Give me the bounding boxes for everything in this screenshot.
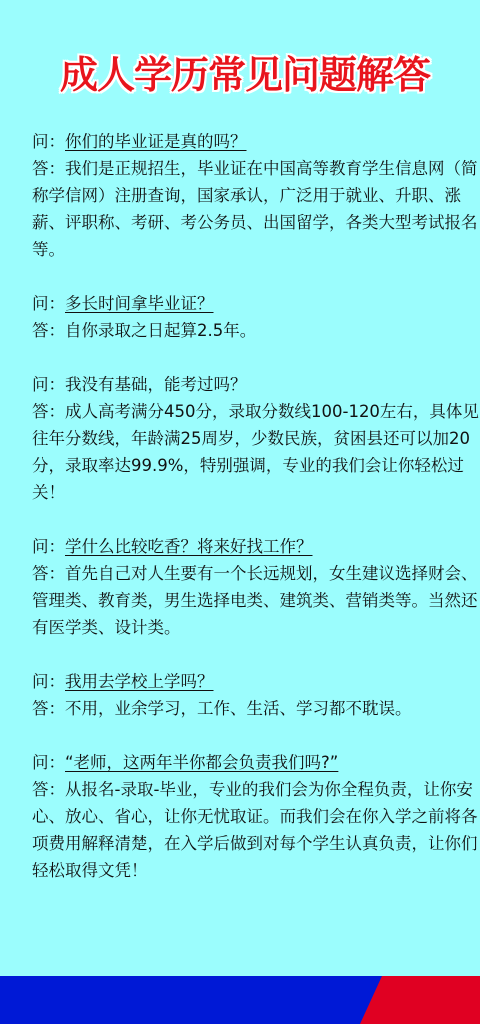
question-prefix: 问： [32, 375, 65, 394]
question-text: 我用去学校上学吗？ [65, 672, 220, 691]
question-prefix: 问： [32, 672, 65, 691]
question-line: 问：“老师，这两年半你都会负责我们吗?” [32, 749, 480, 776]
question-prefix: 问： [32, 132, 65, 151]
answer-line: 答：成人高考满分450分，录取分数线100-120左右，具体见往年分数线，年龄满… [32, 398, 480, 506]
answer-text: 自你录取之日起算2.5年。 [65, 321, 256, 340]
faq-item: 问：我用去学校上学吗？ 答：不用，业余学习，工作、生活、学习都不耽误。 [32, 668, 480, 722]
faq-item: 问：学什么比较吃香？将来好找工作？ 答：首先自己对人生要有一个长远规划，女生建议… [32, 533, 480, 641]
question-text: 多长时间拿毕业证？ [65, 294, 220, 313]
question-line: 问：你们的毕业证是真的吗？ [32, 128, 480, 155]
answer-prefix: 答： [32, 402, 65, 421]
answer-line: 答：我们是正规招生，毕业证在中国高等教育学生信息网（简称学信网）注册查询，国家承… [32, 155, 480, 263]
question-line: 问：我没有基础，能考过吗？ [32, 371, 480, 398]
question-text: 你们的毕业证是真的吗？ [65, 132, 253, 151]
question-text: “老师，这两年半你都会负责我们吗?” [65, 753, 344, 772]
answer-line: 答：不用，业余学习，工作、生活、学习都不耽误。 [32, 695, 480, 722]
answer-text: 首先自己对人生要有一个长远规划，女生建议选择财会、管理类、教育类，男生选择电类、… [32, 564, 478, 637]
faq-item: 问：你们的毕业证是真的吗？ 答：我们是正规招生，毕业证在中国高等教育学生信息网（… [32, 128, 480, 263]
answer-text: 不用，业余学习，工作、生活、学习都不耽误。 [65, 699, 412, 718]
answer-line: 答：从报名-录取-毕业，专业的我们会为你全程负责，让你安心、放心、省心，让你无忧… [32, 776, 480, 884]
question-text: 学什么比较吃香？将来好找工作？ [65, 537, 319, 556]
faq-list: 问：你们的毕业证是真的吗？ 答：我们是正规招生，毕业证在中国高等教育学生信息网（… [32, 128, 480, 911]
answer-prefix: 答： [32, 159, 65, 178]
faq-item: 问：多长时间拿毕业证？ 答：自你录取之日起算2.5年。 [32, 290, 480, 344]
question-prefix: 问： [32, 537, 65, 556]
answer-line: 答：首先自己对人生要有一个长远规划，女生建议选择财会、管理类、教育类，男生选择电… [32, 560, 480, 641]
faq-item: 问：“老师，这两年半你都会负责我们吗?” 答：从报名-录取-毕业，专业的我们会为… [32, 749, 480, 884]
answer-prefix: 答： [32, 564, 65, 583]
answer-text: 我们是正规招生，毕业证在中国高等教育学生信息网（简称学信网）注册查询，国家承认，… [32, 159, 478, 259]
answer-line: 答：自你录取之日起算2.5年。 [32, 317, 480, 344]
question-line: 问：学什么比较吃香？将来好找工作？ [32, 533, 480, 560]
question-line: 问：我用去学校上学吗？ [32, 668, 480, 695]
answer-text: 从报名-录取-毕业，专业的我们会为你全程负责，让你安心、放心、省心，让你无忧取证… [32, 780, 478, 880]
footer-band [0, 976, 480, 1024]
page-title: 成人学历常见问题解答 [60, 44, 480, 99]
footer-red-accent [360, 976, 480, 1024]
question-text: 我没有基础，能考过吗？ [65, 375, 247, 394]
answer-prefix: 答： [32, 699, 65, 718]
answer-text: 成人高考满分450分，录取分数线100-120左右，具体见往年分数线，年龄满25… [32, 402, 479, 502]
answer-prefix: 答： [32, 780, 65, 799]
faq-item: 问：我没有基础，能考过吗？ 答：成人高考满分450分，录取分数线100-120左… [32, 371, 480, 506]
question-prefix: 问： [32, 294, 65, 313]
question-line: 问：多长时间拿毕业证？ [32, 290, 480, 317]
answer-prefix: 答： [32, 321, 65, 340]
question-prefix: 问： [32, 753, 65, 772]
